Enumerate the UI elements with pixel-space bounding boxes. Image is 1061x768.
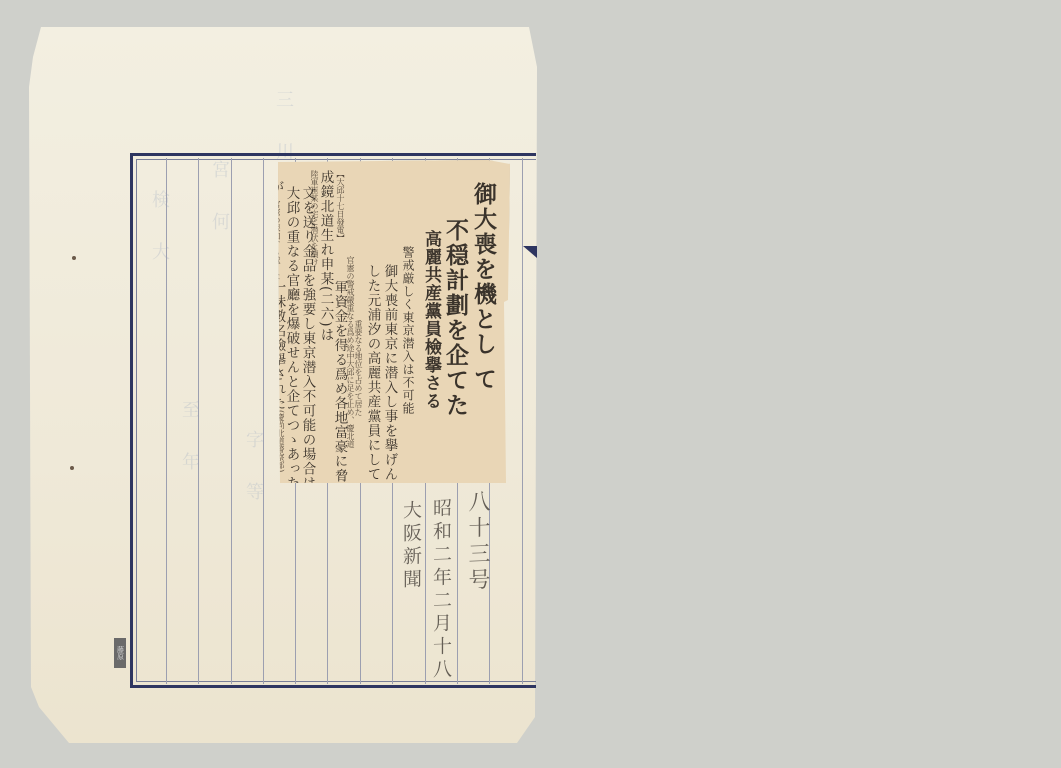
binding-tab-marker (523, 246, 537, 258)
clipping-dateline: 【大邱十七日發電】 (336, 170, 344, 242)
column-rule (198, 158, 199, 684)
clipping-body-line: した元浦汐の高麗共産黨員にして (365, 264, 379, 482)
clipping-body-line: 軍資金を得る爲め各地富豪に脅迫 (332, 280, 346, 498)
column-rule (231, 158, 232, 684)
column-rule (263, 158, 264, 684)
seal-stamp: 藤原 (114, 638, 126, 668)
clipping-body-line: 御大喪前東京に潜入し事を擧げんと (382, 264, 396, 496)
clipping-body-line: 文を送り金品を強要し東京潜入不可能の場合は (300, 186, 314, 491)
clipping-subheadline-2: 警戒厳しく東京潜入は不可能 (402, 246, 414, 415)
clipping-headline-2: 不穏計劃を企てた (444, 218, 467, 418)
clipping-body-line: 大邱の重なる官廳を爆破せんと企てつゝあった (284, 186, 298, 491)
binding-hole-mark (72, 256, 76, 260)
clipping-subheadline: 高麗共産黨員檢擧さる (422, 230, 439, 410)
column-rule (522, 158, 523, 684)
clipping-headline-1: 御大喪を機とし て (472, 182, 495, 392)
newspaper-clipping: 御大喪を機とし て 不穏計劃を企てた 高麗共産黨員檢擧さる 警戒厳しく東京潜入は… (278, 160, 510, 483)
binding-hole-mark (70, 466, 74, 470)
handwritten-date: 昭和二年二月十八 (428, 498, 455, 683)
handwritten-source: 大阪新聞 (398, 500, 425, 593)
clipping-body-line: 成鏡北道生れ申某(二六)は (318, 170, 332, 342)
column-rule (166, 158, 167, 684)
handwritten-record-number: 八十三号 (462, 489, 493, 594)
clipping-small-print: 重要なる地位を占めて居た (354, 320, 362, 416)
